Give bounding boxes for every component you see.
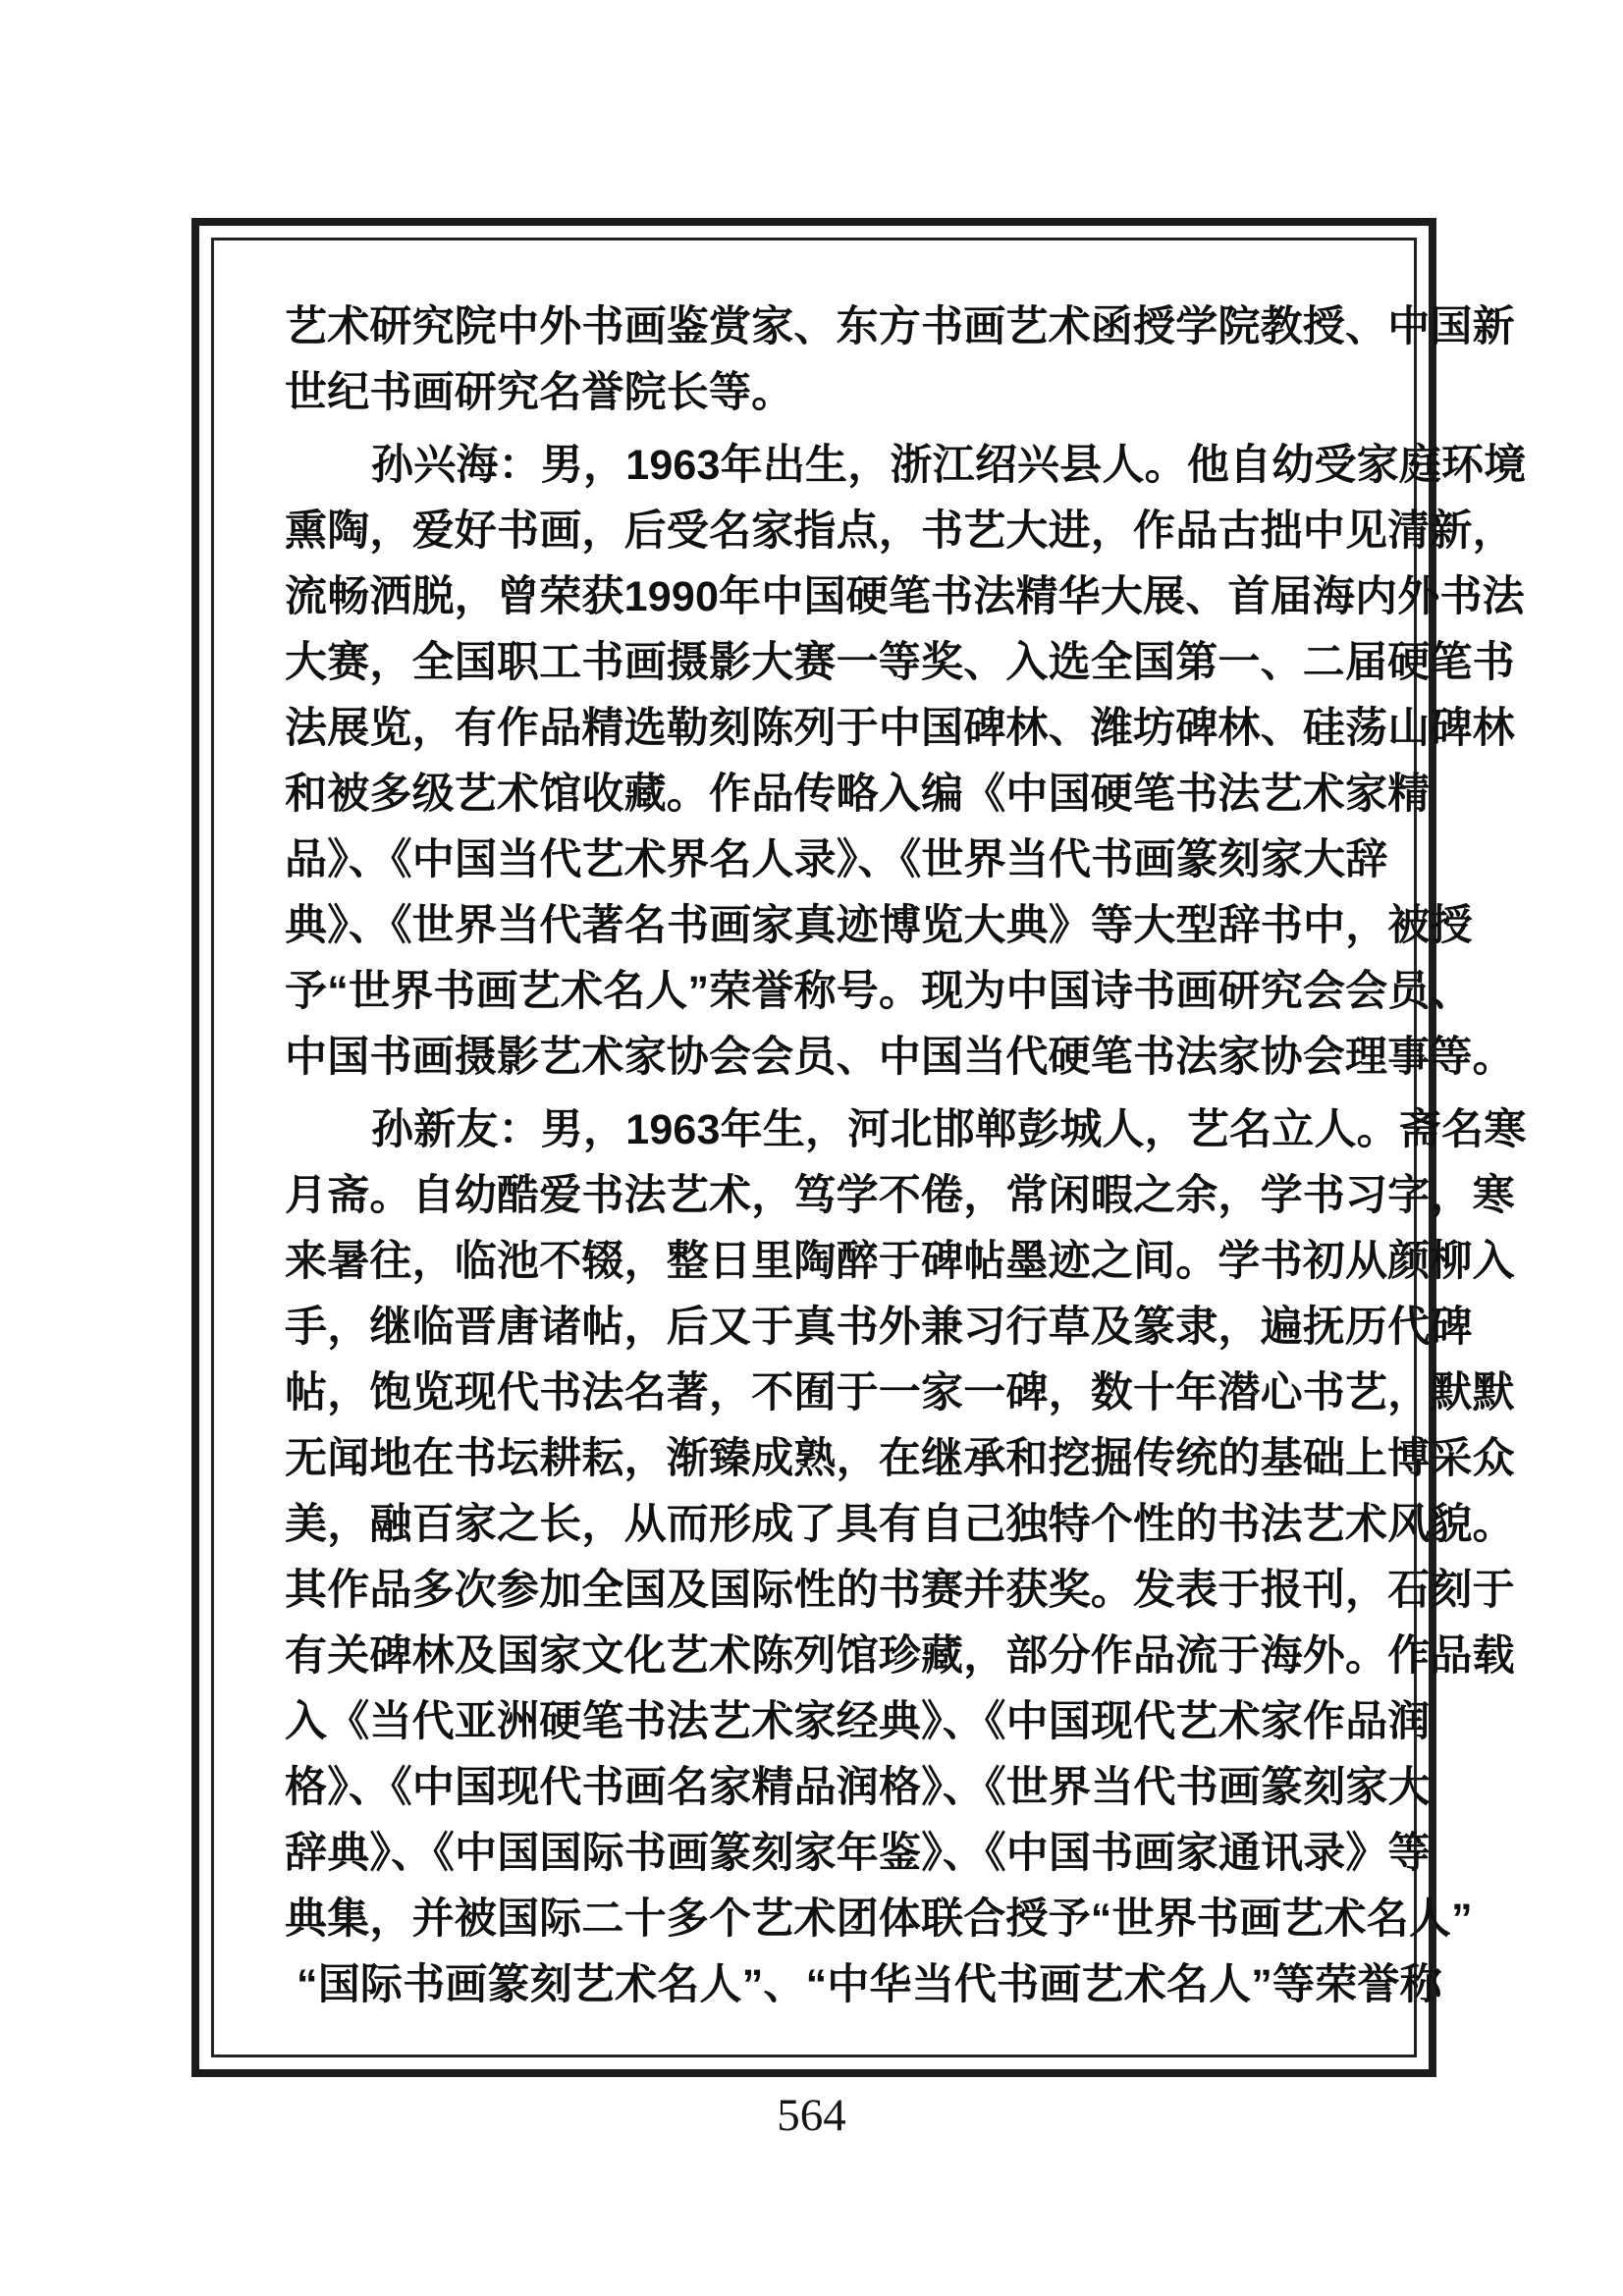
- body-text: 艺术研究院中外书画鉴赏家、东方书画艺术函授学院教授、中国新 世纪书画研究名誉院长…: [285, 294, 1390, 2018]
- text-line: 典》、《世界当代著名书画家真迹博览大典》等大型辞书中，被授: [285, 893, 1390, 959]
- paragraph-continued: 艺术研究院中外书画鉴赏家、东方书画艺术函授学院教授、中国新 世纪书画研究名誉院长…: [285, 294, 1390, 426]
- text-line: 予“世界书画艺术名人”荣誉称号。现为中国诗书画研究会会员、: [285, 959, 1390, 1025]
- text-line: 熏陶，爱好书画，后受名家指点，书艺大进，作品古拙中见清新，: [285, 499, 1390, 564]
- text-line: 帖，饱览现代书法名著，不囿于一家一碑，数十年潜心书艺，默默: [285, 1361, 1390, 1426]
- text-line: 中国书画摄影艺术家协会会员、中国当代硬笔书法家协会理事等。: [285, 1025, 1390, 1091]
- text-line: 典集，并被国际二十多个艺术团体联合授予“世界书画艺术名人”: [285, 1887, 1390, 1952]
- text-line: 法展览，有作品精选勒刻陈列于中国碑林、潍坊碑林、硅荡山碑林: [285, 696, 1390, 762]
- text-line: 美，融百家之长，从而形成了具有自己独特个性的书法艺术风貌。: [285, 1492, 1390, 1558]
- text-line: 手，继临晋唐诸帖，后又于真书外兼习行草及篆隶，遍抚历代碑: [285, 1295, 1390, 1361]
- text-line: 月斋。自幼酷爱书法艺术，笃学不倦，常闲暇之余，学书习字，寒: [285, 1163, 1390, 1229]
- text-line: 孙兴海：男，1963年出生，浙江绍兴县人。他自幼受家庭环境: [285, 433, 1390, 499]
- text-line: 世纪书画研究名誉院长等。: [285, 360, 1390, 426]
- text-line: 孙新友：男，1963年生，河北邯郸彭城人，艺名立人。斋名寒: [285, 1097, 1390, 1163]
- page-number: 564: [0, 2089, 1623, 2142]
- text-line: 品》、《中国当代艺术界名人录》、《世界当代书画篆刻家大辞: [285, 828, 1390, 893]
- text-line: “国际书画篆刻艺术名人”、“中华当代书画艺术名人”等荣誉称: [285, 1952, 1390, 2018]
- text-line: 来暑往，临池不辍，整日里陶醉于碑帖墨迹之间。学书初从颜柳入: [285, 1229, 1390, 1295]
- paragraph-sun-xinyou: 孙新友：男，1963年生，河北邯郸彭城人，艺名立人。斋名寒 月斋。自幼酷爱书法艺…: [285, 1097, 1390, 2018]
- text-line: 艺术研究院中外书画鉴赏家、东方书画艺术函授学院教授、中国新: [285, 294, 1390, 360]
- text-line: 大赛，全国职工书画摄影大赛一等奖、入选全国第一、二届硬笔书: [285, 630, 1390, 696]
- text-line: 辞典》、《中国国际书画篆刻家年鉴》、《中国书画家通讯录》等: [285, 1821, 1390, 1887]
- text-line: 格》、《中国现代书画名家精品润格》、《世界当代书画篆刻家大: [285, 1755, 1390, 1821]
- book-page: { "page": { "number": "564" }, "doc": { …: [0, 0, 1623, 2296]
- text-line: 流畅洒脱，曾荣获1990年中国硬笔书法精华大展、首届海内外书法: [285, 564, 1390, 630]
- text-line: 无闻地在书坛耕耘，渐臻成熟，在继承和挖掘传统的基础上博采众: [285, 1426, 1390, 1492]
- text-line: 有关碑林及国家文化艺术陈列馆珍藏，部分作品流于海外。作品载: [285, 1624, 1390, 1689]
- text-line: 和被多级艺术馆收藏。作品传略入编《中国硬笔书法艺术家精: [285, 762, 1390, 828]
- text-line: 其作品多次参加全国及国际性的书赛并获奖。发表于报刊，石刻于: [285, 1558, 1390, 1624]
- paragraph-sun-xinghai: 孙兴海：男，1963年出生，浙江绍兴县人。他自幼受家庭环境 熏陶，爱好书画，后受…: [285, 433, 1390, 1091]
- text-line: 入《当代亚洲硬笔书法艺术家经典》、《中国现代艺术家作品润: [285, 1689, 1390, 1755]
